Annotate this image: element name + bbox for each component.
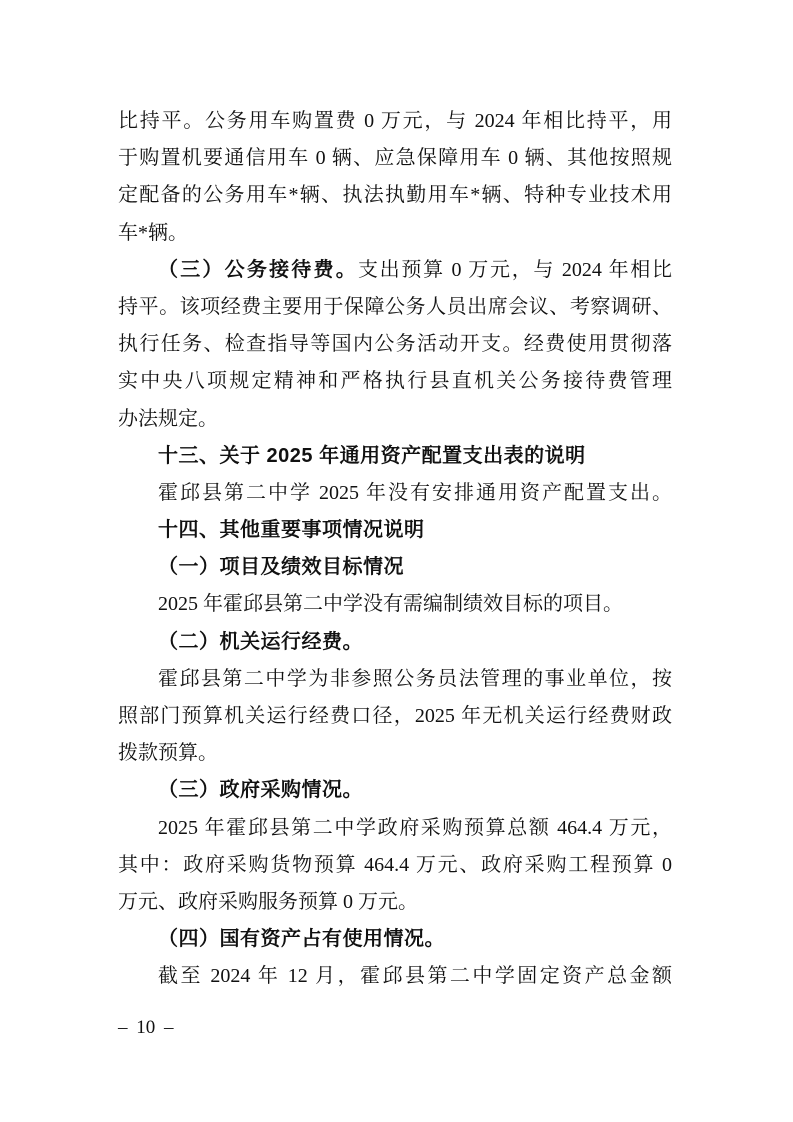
text-line: 霍邱县第二中学 2025 年没有安排通用资产配置支出。 <box>118 475 672 512</box>
text-run: 霍邱县第二中学为非参照公务员法管理的事业单位，按 <box>158 668 672 690</box>
text-run: 2025 年霍邱县第二中学没有需编制绩效目标的项目。 <box>158 593 623 615</box>
bold-run: 十三、关于 2025 年通用资产配置支出表的说明 <box>158 445 586 467</box>
text-line: 持平。该项经费主要用于保障公务人员出席会议、考察调研、 <box>118 289 672 326</box>
text-line: 定配备的公务用车*辆、执法执勤用车*辆、特种专业技术用 <box>118 177 672 214</box>
text-run: 霍邱县第二中学 2025 年没有安排通用资产配置支出。 <box>158 482 672 504</box>
bold-run: （三）公务接待费。 <box>158 259 358 281</box>
text-line: 霍邱县第二中学为非参照公务员法管理的事业单位，按 <box>118 661 672 698</box>
text-run: 拨款预算。 <box>118 742 218 764</box>
bold-run: （一）项目及绩效目标情况 <box>158 556 404 578</box>
heading-line: （二）机关运行经费。 <box>118 624 672 661</box>
heading-line: （一）项目及绩效目标情况 <box>118 549 672 586</box>
bold-run: （四）国有资产占有使用情况。 <box>158 928 445 950</box>
page: 比持平。公务用车购置费 0 万元，与 2024 年相比持平，用于购置机要通信用车… <box>0 0 793 1122</box>
text-line: 截至 2024 年 12 月，霍邱县第二中学固定资产总金额 <box>118 958 672 995</box>
text-line: 比持平。公务用车购置费 0 万元，与 2024 年相比持平，用 <box>118 103 672 140</box>
bold-run: 十四、其他重要事项情况说明 <box>158 519 425 541</box>
text-run: 支出预算 0 万元，与 2024 年相比 <box>358 259 672 281</box>
text-line: 执行任务、检查指导等国内公务活动开支。经费使用贯彻落 <box>118 326 672 363</box>
text-line: 2025 年霍邱县第二中学政府采购预算总额 464.4 万元， <box>118 810 672 847</box>
text-line: 拨款预算。 <box>118 735 672 772</box>
text-line: 实中央八项规定精神和严格执行县直机关公务接待费管理 <box>118 363 672 400</box>
heading-line: 十四、其他重要事项情况说明 <box>118 512 672 549</box>
text-line: 办法规定。 <box>118 401 672 438</box>
text-line: 于购置机要通信用车 0 辆、应急保障用车 0 辆、其他按照规 <box>118 140 672 177</box>
text-run: 其中：政府采购货物预算 464.4 万元、政府采购工程预算 0 <box>118 854 672 876</box>
bold-run: （二）机关运行经费。 <box>158 631 363 653</box>
heading-line: 十三、关于 2025 年通用资产配置支出表的说明 <box>118 438 672 475</box>
text-run: 执行任务、检查指导等国内公务活动开支。经费使用贯彻落 <box>118 333 672 355</box>
text-line: 万元、政府采购服务预算 0 万元。 <box>118 884 672 921</box>
text-line: 其中：政府采购货物预算 464.4 万元、政府采购工程预算 0 <box>118 847 672 884</box>
text-line: 车*辆。 <box>118 215 672 252</box>
text-run: 实中央八项规定精神和严格执行县直机关公务接待费管理 <box>118 370 672 392</box>
text-line: 照部门预算机关运行经费口径，2025 年无机关运行经费财政 <box>118 698 672 735</box>
text-line: 2025 年霍邱县第二中学没有需编制绩效目标的项目。 <box>118 586 672 623</box>
text-run: 截至 2024 年 12 月，霍邱县第二中学固定资产总金额 <box>158 965 672 987</box>
text-run: 2025 年霍邱县第二中学政府采购预算总额 464.4 万元， <box>158 817 672 839</box>
heading-line: （四）国有资产占有使用情况。 <box>118 921 672 958</box>
heading-line: （三）政府采购情况。 <box>118 772 672 809</box>
bold-run: （三）政府采购情况。 <box>158 779 363 801</box>
text-run: 照部门预算机关运行经费口径，2025 年无机关运行经费财政 <box>118 705 672 727</box>
text-run: 万元、政府采购服务预算 0 万元。 <box>118 891 418 913</box>
text-run: 于购置机要通信用车 0 辆、应急保障用车 0 辆、其他按照规 <box>118 147 672 169</box>
text-line: （三）公务接待费。支出预算 0 万元，与 2024 年相比 <box>118 252 672 289</box>
text-run: 车*辆。 <box>118 222 188 244</box>
text-run: 比持平。公务用车购置费 0 万元，与 2024 年相比持平，用 <box>118 110 672 132</box>
text-run: 定配备的公务用车*辆、执法执勤用车*辆、特种专业技术用 <box>118 184 672 206</box>
page-number: – 10 – <box>118 1012 174 1044</box>
text-run: 持平。该项经费主要用于保障公务人员出席会议、考察调研、 <box>118 296 672 318</box>
document-body: 比持平。公务用车购置费 0 万元，与 2024 年相比持平，用于购置机要通信用车… <box>118 103 672 996</box>
text-run: 办法规定。 <box>118 408 218 430</box>
